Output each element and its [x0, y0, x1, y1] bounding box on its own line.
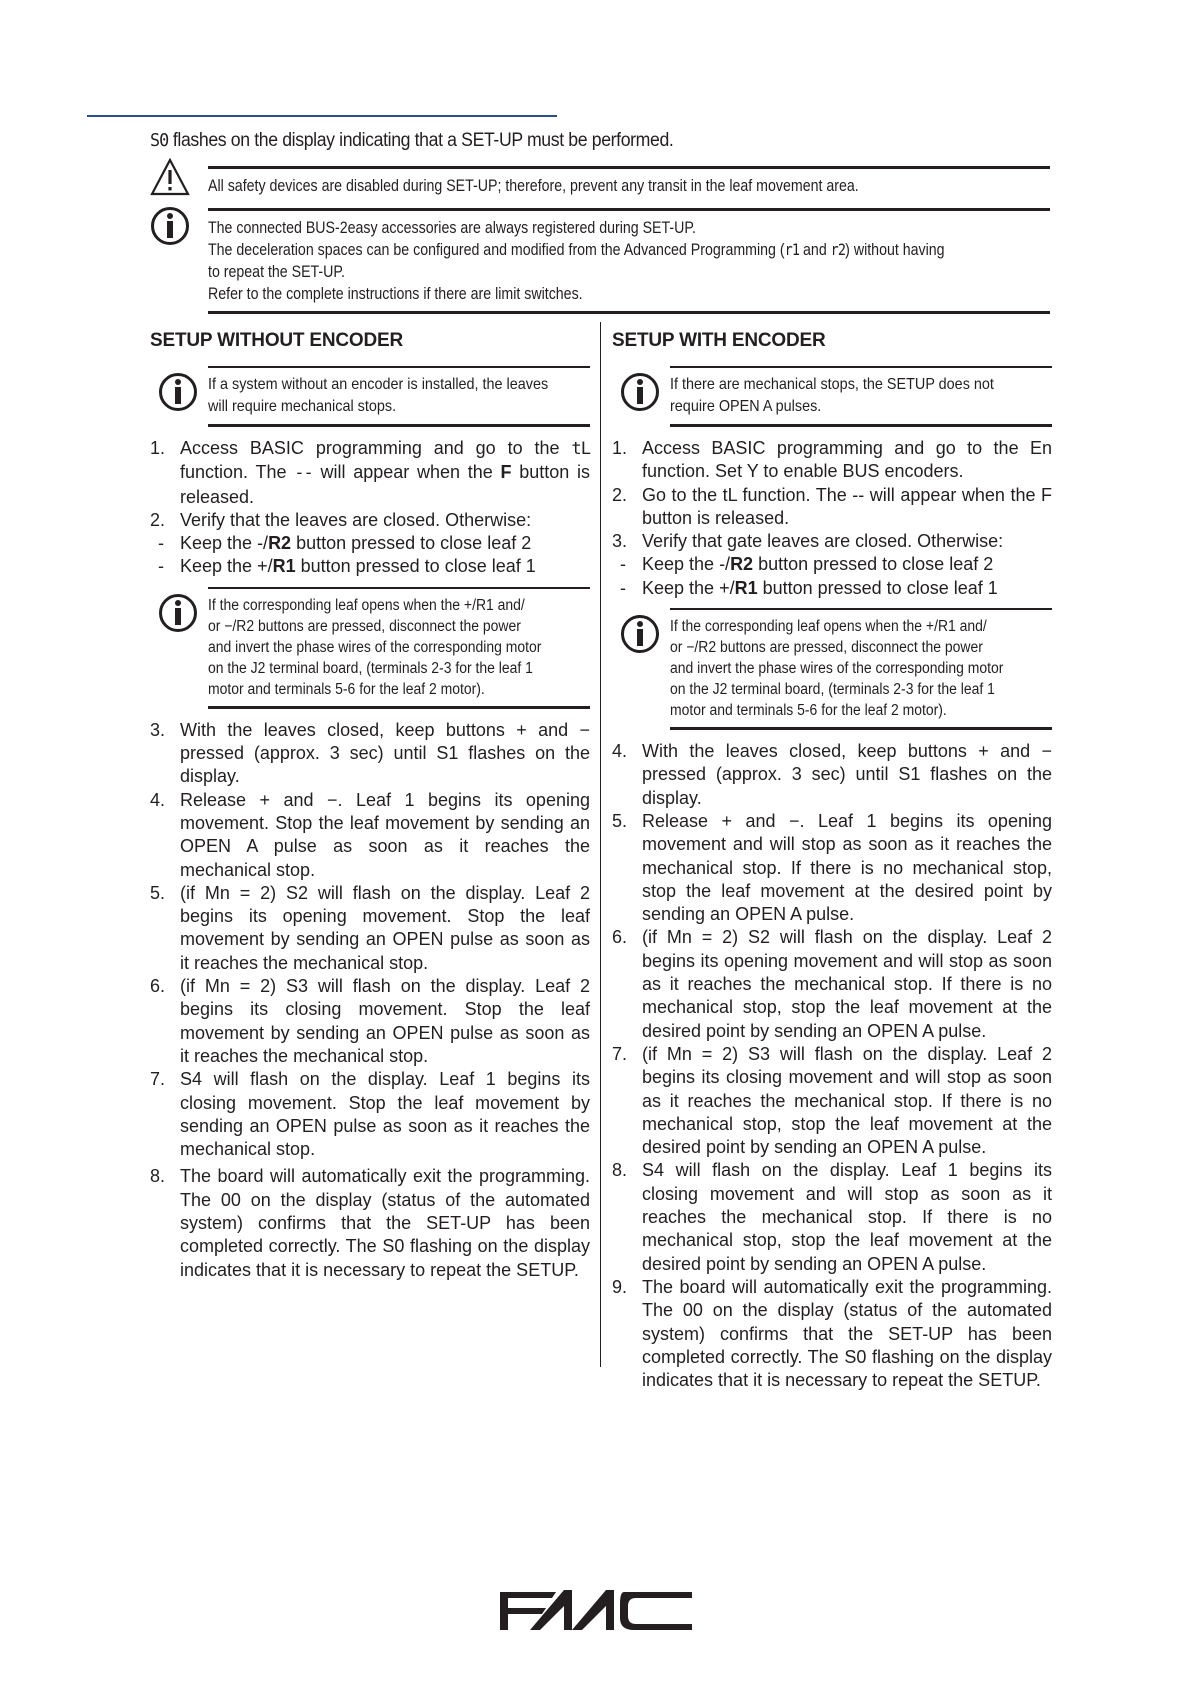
step-2: 2.Go to the tL function. The -- will app…	[612, 484, 1052, 531]
step-4: 4.With the leaves closed, keep buttons +…	[612, 740, 1052, 810]
step-3: 3.With the leaves closed, keep buttons +…	[150, 719, 590, 789]
substep: -Keep the +/R1 button pressed to close l…	[612, 577, 1052, 600]
column-divider	[600, 322, 601, 1367]
header-rule	[87, 115, 557, 117]
setup-with-encoder: SETUP WITH ENCODER If there are mechanic…	[612, 330, 1052, 1392]
section-title: SETUP WITH ENCODER	[612, 330, 1052, 358]
warning-text: All safety devices are disabled during S…	[208, 175, 859, 197]
step-1: 1.Access BASIC programming and go to the…	[612, 437, 1052, 484]
substep: -Keep the +/R1 button pressed to close l…	[150, 555, 590, 578]
step-6: 6.(if Mn = 2) S2 will flash on the displ…	[612, 926, 1052, 1042]
info-icon	[620, 372, 660, 417]
step-2: 2.Verify that the leaves are closed. Oth…	[150, 509, 590, 532]
info-box: If the corresponding leaf opens when the…	[612, 608, 1052, 730]
step-1: 1.Access BASIC programming and go to the…	[150, 437, 590, 509]
step-7: 7.(if Mn = 2) S3 will flash on the displ…	[612, 1043, 1052, 1159]
step-8: 8.S4 will flash on the display. Leaf 1 b…	[612, 1159, 1052, 1275]
step-6: 6.(if Mn = 2) S3 will flash on the displ…	[150, 975, 590, 1068]
step-3: 3.Verify that gate leaves are closed. Ot…	[612, 530, 1052, 553]
step-4: 4.Release + and −. Leaf 1 begins its ope…	[150, 789, 590, 882]
info-box: If the corresponding leaf opens when the…	[150, 587, 590, 709]
substep: -Keep the -/R2 button pressed to close l…	[612, 553, 1052, 576]
step-9: 9.The board will automatically exit the …	[612, 1276, 1052, 1392]
step-7: 7.S4 will flash on the display. Leaf 1 b…	[150, 1068, 590, 1161]
substep: -Keep the -/R2 button pressed to close l…	[150, 532, 590, 555]
warning-triangle-icon	[150, 158, 190, 201]
warning-notice: All safety devices are disabled during S…	[150, 158, 1050, 204]
info-box: If there are mechanical stops, the SETUP…	[612, 366, 1052, 427]
intro-line: S0 flashes on the display indicating tha…	[150, 130, 673, 152]
info-icon	[158, 593, 198, 638]
info-icon	[150, 206, 190, 251]
step-5: 5.Release + and −. Leaf 1 begins its ope…	[612, 810, 1052, 926]
step-8: 8.The board will automatically exit the …	[150, 1165, 590, 1281]
info-box: If a system without an encoder is instal…	[150, 366, 590, 427]
setup-without-encoder: SETUP WITHOUT ENCODER If a system withou…	[150, 330, 590, 1282]
step-5: 5.(if Mn = 2) S2 will flash on the displ…	[150, 882, 590, 975]
section-title: SETUP WITHOUT ENCODER	[150, 330, 590, 358]
info-notice: The connected BUS-2easy accessories are …	[150, 204, 1050, 316]
display-code: S0	[150, 130, 168, 151]
faac-logo	[500, 1588, 692, 1641]
info-icon	[620, 614, 660, 659]
info-icon	[158, 372, 198, 417]
